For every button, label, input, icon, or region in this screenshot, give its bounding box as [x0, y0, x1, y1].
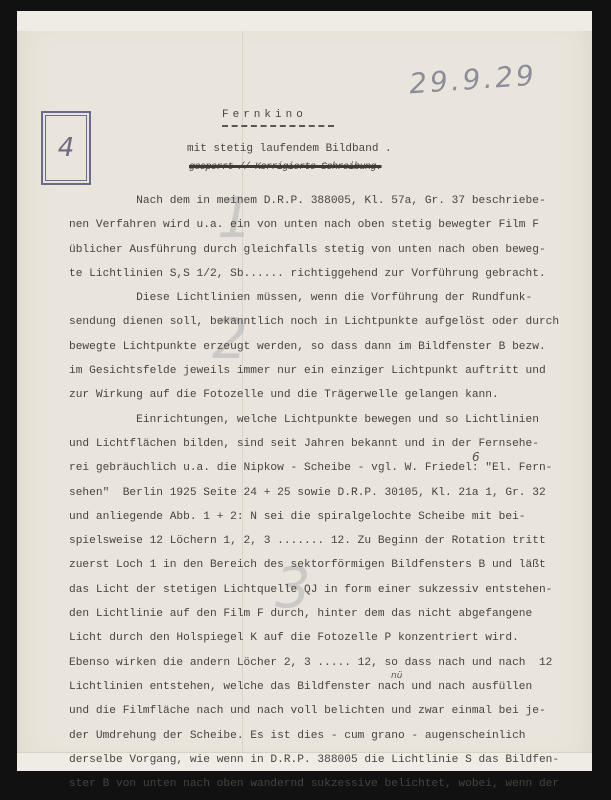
text-line: Diese Lichtlinien müssen, wenn die Vorfü…: [69, 286, 609, 310]
text-line: der Umdrehung der Scheibe. Es ist dies -…: [69, 724, 609, 748]
text-line: rei gebräuchlich u.a. die Nipkow - Schei…: [69, 456, 609, 480]
document-page: 29.9.29 4 Fernkino mit stetig laufendem …: [17, 11, 592, 771]
text-line: zuerst Loch 1 in den Bereich des sektorf…: [69, 553, 609, 577]
text-line: im Gesichtsfelde jeweils immer nur ein e…: [69, 359, 609, 383]
title-underline: [222, 125, 334, 127]
text-line: sendung dienen soll, bekanntlich noch in…: [69, 310, 609, 334]
handwritten-date: 29.9.29: [408, 59, 538, 101]
page-top-edge: [17, 11, 592, 31]
text-line: ster B von unten nach oben wandernd sukz…: [69, 772, 609, 796]
text-line: den Lichtlinie auf den Film F durch, hin…: [69, 602, 609, 626]
text-line: und anliegende Abb. 1 + 2: N sei die spi…: [69, 505, 609, 529]
text-line: te Lichtlinien S,S 1/2, Sb...... richtig…: [69, 262, 609, 286]
text-line: Licht durch den Holspiegel K auf die Fot…: [69, 626, 609, 650]
text-line: Lichtlinien entstehen, welche das Bildfe…: [69, 675, 609, 699]
text-line: das Licht der stetigen Lichtquelle QJ in…: [69, 578, 609, 602]
text-line: und Lichtflächen bilden, sind seit Jahre…: [69, 432, 609, 456]
document-title: Fernkino: [222, 109, 307, 121]
text-line: bewegte Lichtpunkte erzeugt werden, so d…: [69, 335, 609, 359]
document-subtitle: mit stetig laufendem Bildband .: [187, 143, 392, 155]
text-line: spielsweise 12 Löchern 1, 2, 3 ....... 1…: [69, 529, 609, 553]
text-line: derselbe Vorgang, wie wenn in D.R.P. 388…: [69, 748, 609, 772]
text-line: und die Filmfläche nach und nach voll be…: [69, 699, 609, 723]
page-number-stamp: 4: [41, 111, 91, 185]
page-number: 4: [45, 115, 87, 181]
text-line: Ebenso wirken die andern Löcher 2, 3 ...…: [69, 651, 609, 675]
text-line: Nach dem in meinem D.R.P. 388005, Kl. 57…: [69, 189, 609, 213]
typed-body-text: Nach dem in meinem D.R.P. 388005, Kl. 57…: [69, 189, 609, 796]
text-line: Einrichtungen, welche Lichtpunkte bewege…: [69, 408, 609, 432]
text-line: nen Verfahren wird u.a. ein von unten na…: [69, 213, 609, 237]
text-line: sehen" Berlin 1925 Seite 24 + 25 sowie D…: [69, 481, 609, 505]
text-line: üblicher Ausführung durch gleichfalls st…: [69, 238, 609, 262]
struck-through-line: gesperrt // Korrigierte Schreibung.: [189, 162, 382, 173]
text-line: zur Wirkung auf die Fotozelle und die Tr…: [69, 383, 609, 407]
